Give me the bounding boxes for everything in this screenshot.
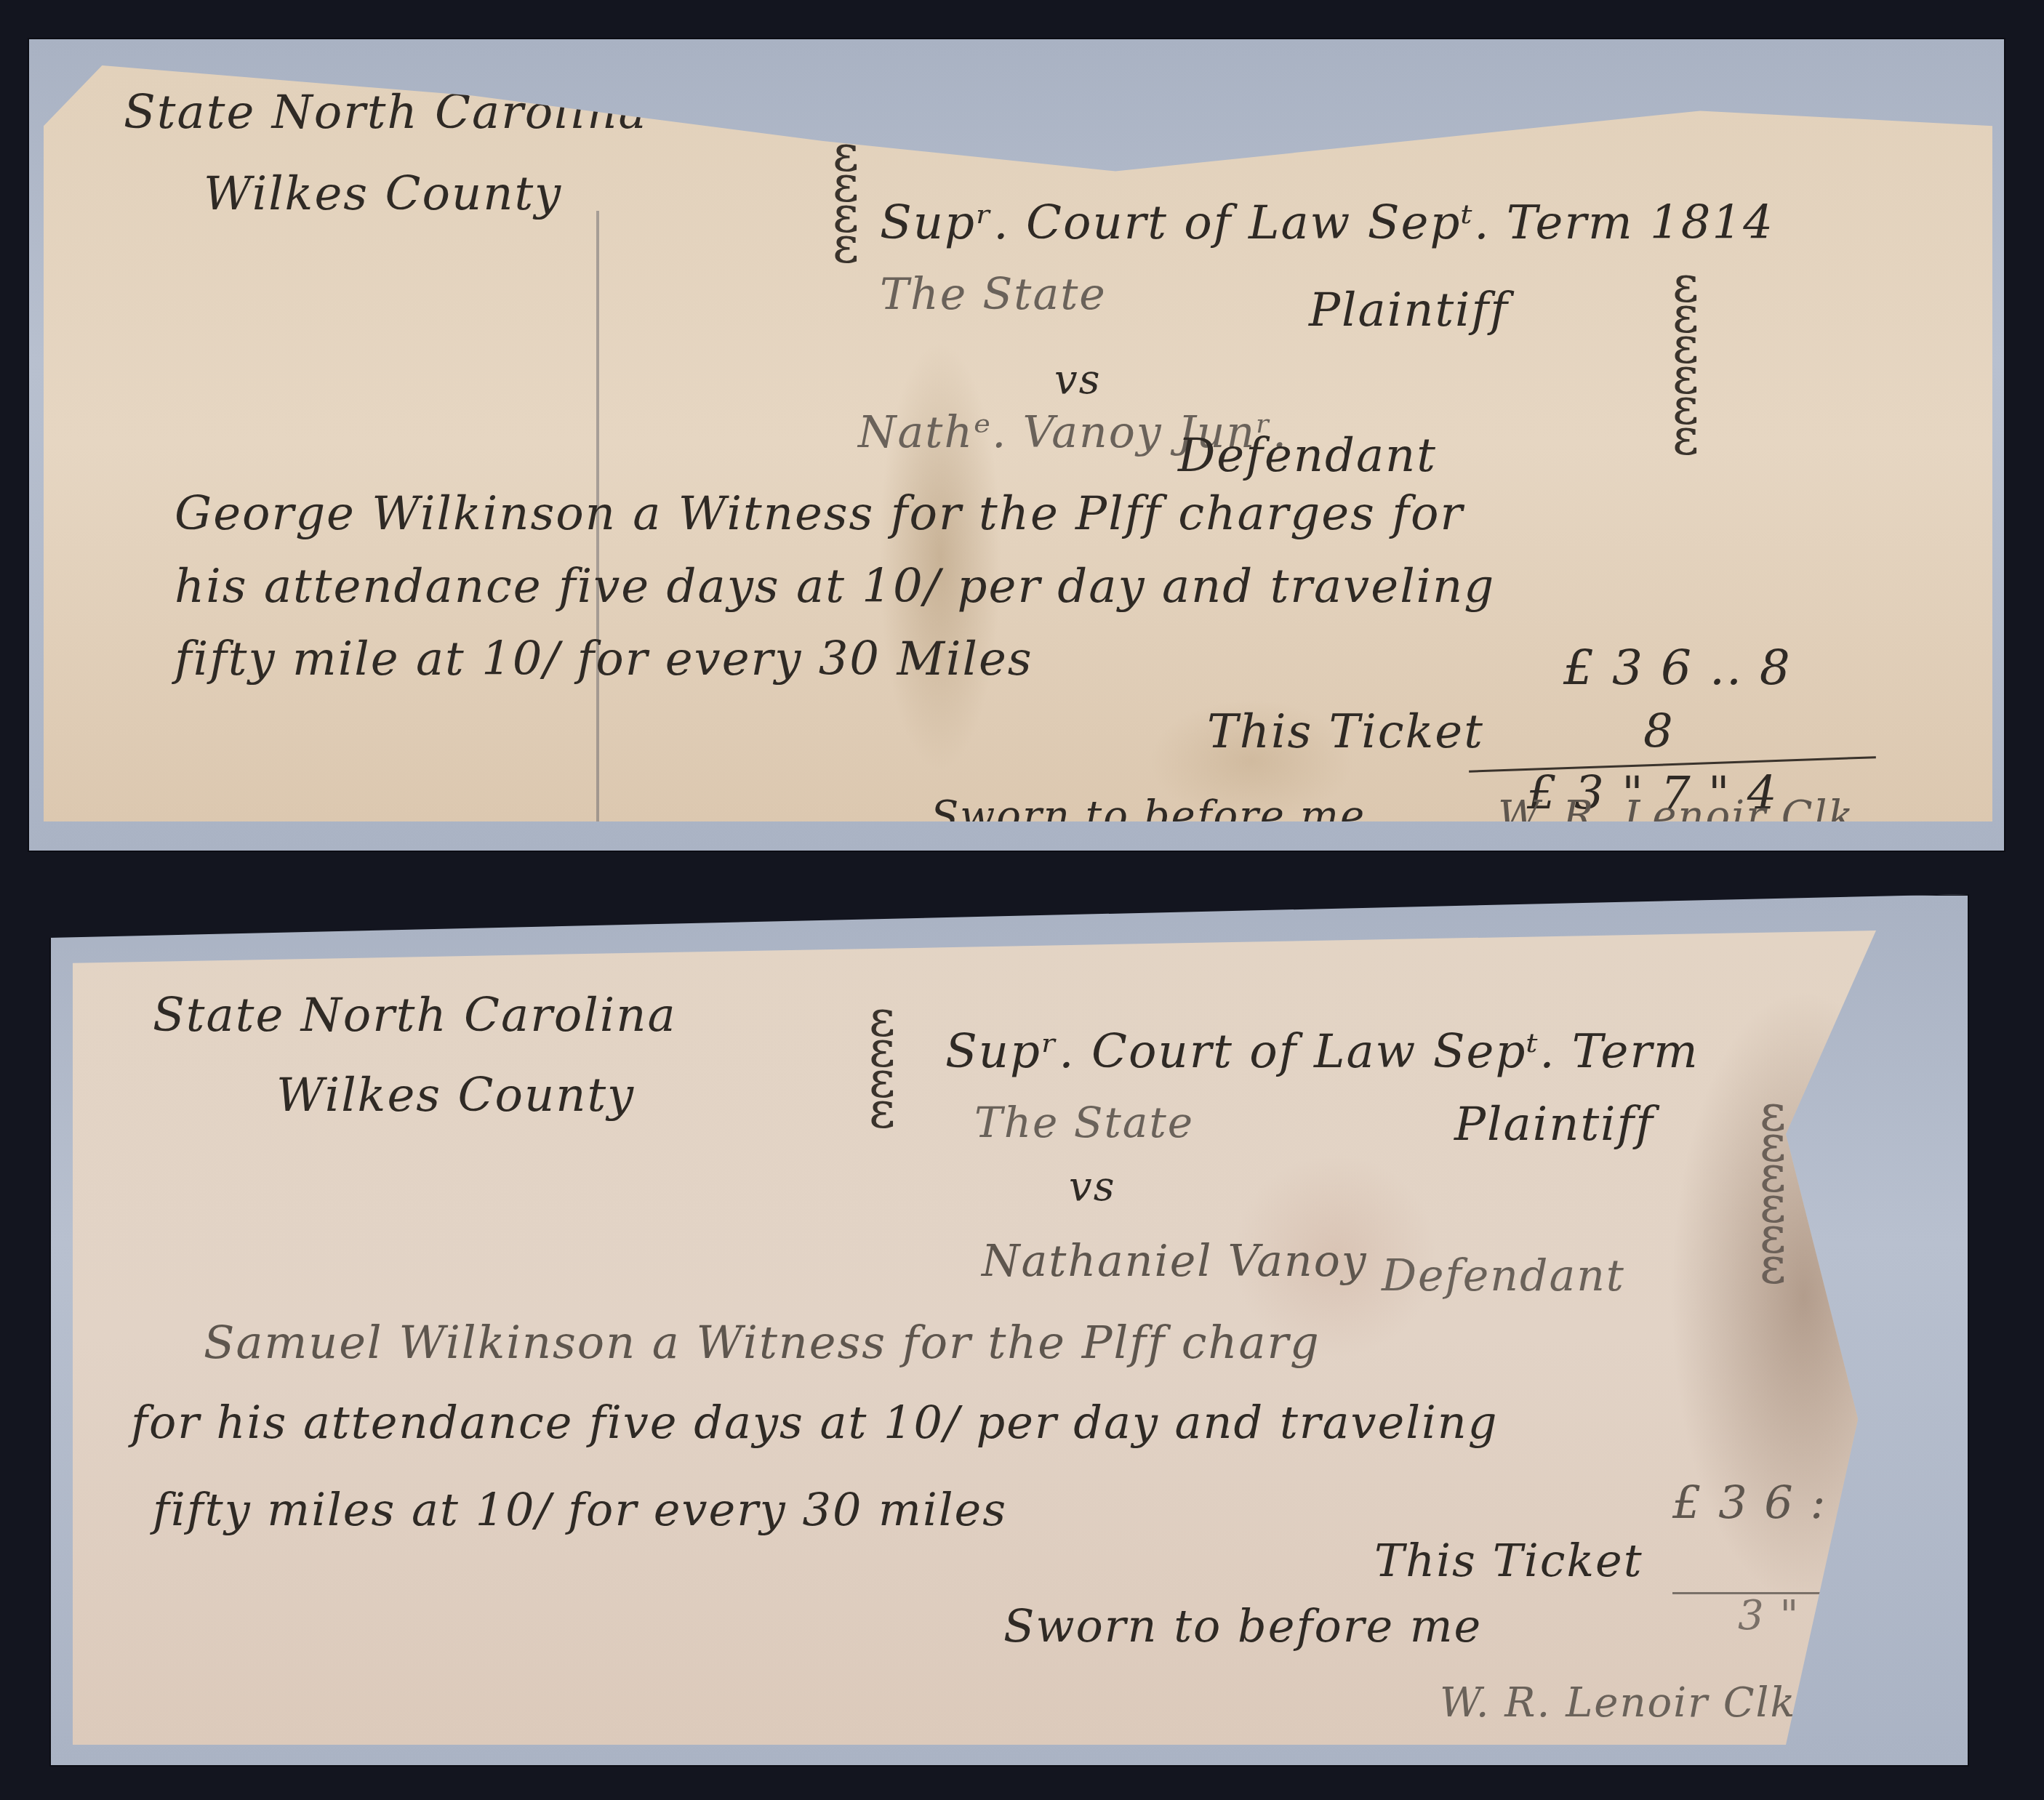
ticket-label: This Ticket: [1207, 705, 1484, 759]
body-line: fifty miles at 10/ for every 30 miles: [153, 1483, 1007, 1536]
court-heading: Supʳ. Court of Law Sepᵗ. Term: [945, 1025, 1699, 1079]
county-heading: Wilkes County: [276, 1069, 635, 1122]
body-line: fifty mile at 10/ for every 30 Miles: [175, 632, 1033, 686]
brace-icon: ɛɛɛɛɛɛ: [1760, 1098, 1786, 1281]
plaintiff-label: Plaintiff: [1454, 1098, 1654, 1152]
brace-icon: ɛɛɛɛ: [869, 1003, 895, 1125]
versus: vs: [1054, 356, 1101, 403]
body-line: his attendance five days at 10/ per day …: [175, 560, 1495, 614]
plaintiff-name: The State: [974, 1098, 1194, 1147]
body-line: George Wilkinson a Witness for the Plff …: [175, 487, 1464, 541]
plaintiff-label: Plaintiff: [1309, 284, 1509, 337]
sworn-text: Sworn to before me: [1003, 1599, 1482, 1652]
amount: £ 3 6 :: [1672, 1476, 1827, 1529]
body-line: for his attendance five days at 10/ per …: [131, 1396, 1498, 1449]
document-1: State North Carolina Wilkes County ɛɛɛɛ …: [44, 65, 1992, 821]
clerk-signature: W. R. Lenoir Clk: [1440, 1679, 1796, 1727]
state-heading: State North Carolina: [153, 989, 677, 1042]
ticket-amount: 8: [1643, 705, 1675, 759]
court-heading: Supʳ. Court of Law Sepᵗ. Term 1814: [880, 196, 1774, 250]
body-line: Samuel Wilkinson a Witness for the Plff …: [204, 1316, 1320, 1369]
ticket-label: This Ticket: [1374, 1534, 1643, 1587]
defendant-name: Nathaniel Vanoy: [982, 1236, 1368, 1287]
defendant-label: Defendant: [1178, 429, 1437, 483]
brace-icon: ɛɛɛɛɛɛ: [1672, 269, 1699, 452]
amount: £ 3 6 .. 8: [1563, 640, 1792, 696]
defendant-label: Defendant: [1382, 1250, 1625, 1301]
document-2: State North Carolina Wilkes County ɛɛɛɛ …: [73, 931, 1876, 1745]
brace-icon: ɛɛɛɛ: [833, 138, 859, 260]
county-heading: Wilkes County: [204, 167, 562, 221]
versus: vs: [1069, 1163, 1115, 1210]
plaintiff-name: The State: [880, 269, 1107, 320]
